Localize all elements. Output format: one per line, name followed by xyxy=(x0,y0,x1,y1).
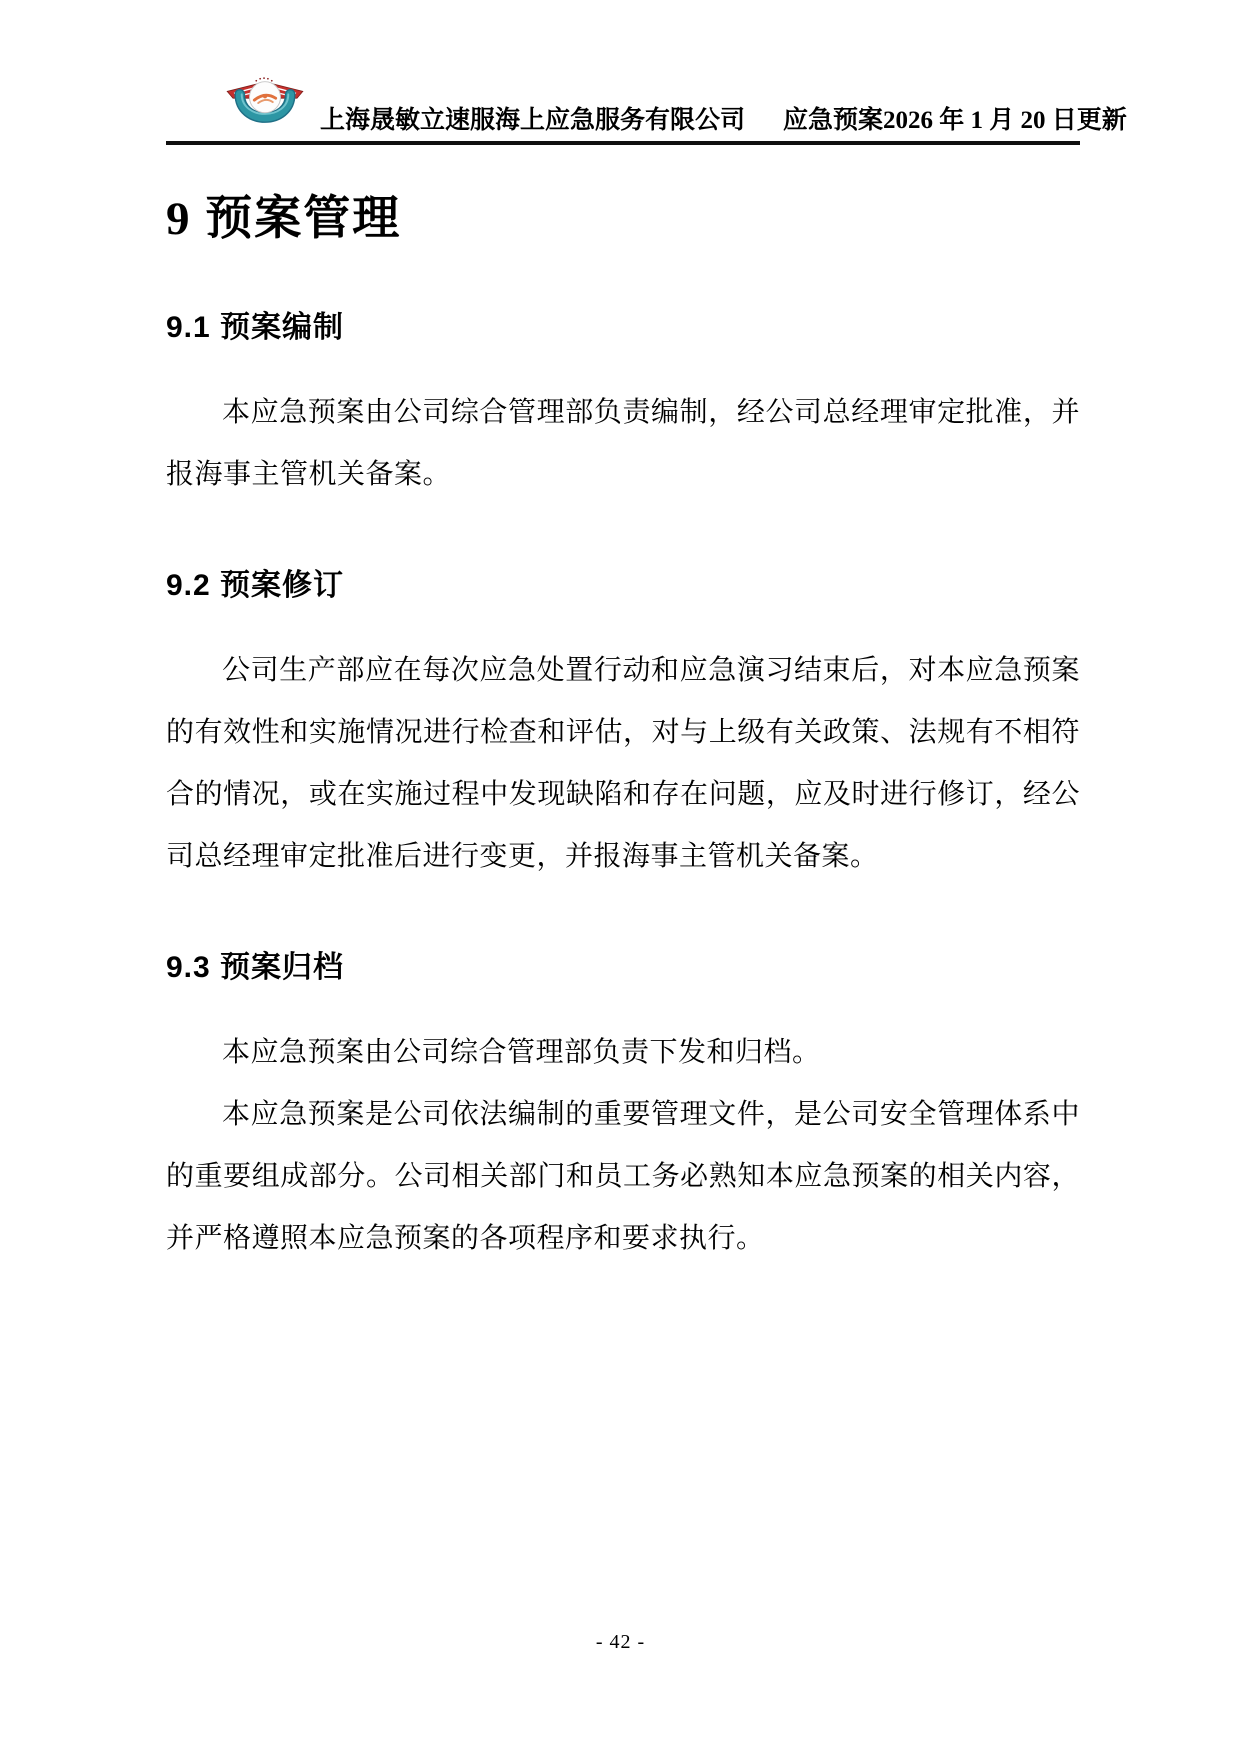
section-9-2: 9.2 预案修订 公司生产部应在每次应急处置行动和应急演习结束后，对本应急预案的… xyxy=(166,560,1080,888)
update-date: 2026 年 1 月 20 日更新 xyxy=(883,106,1127,136)
body-paragraph: 本应急预案由公司综合管理部负责下发和归档。 xyxy=(166,1022,1080,1084)
section-9-3: 9.3 预案归档 本应急预案由公司综合管理部负责下发和归档。 本应急预案是公司依… xyxy=(166,942,1080,1270)
section-heading-9-1: 9.1 预案编制 xyxy=(166,302,1080,346)
body-paragraph: 本应急预案由公司综合管理部负责编制，经公司总经理审定批准，并报海事主管机关备案。 xyxy=(166,382,1080,506)
page-header: 上海晟敏立速服海上应急服务有限公司 应急预案 2026 年 1 月 20 日更新 xyxy=(166,72,1080,145)
document-page: 上海晟敏立速服海上应急服务有限公司 应急预案 2026 年 1 月 20 日更新… xyxy=(0,0,1241,1754)
doc-type-label: 应急预案 xyxy=(783,106,883,136)
company-name: 上海晟敏立速服海上应急服务有限公司 xyxy=(320,106,745,136)
page-number: - 42 - xyxy=(0,1631,1241,1654)
page-title: 9 预案管理 xyxy=(166,181,1080,248)
section-heading-9-2: 9.2 预案修订 xyxy=(166,560,1080,604)
body-paragraph: 公司生产部应在每次应急处置行动和应急演习结束后，对本应急预案的有效性和实施情况进… xyxy=(166,640,1080,888)
body-paragraph: 本应急预案是公司依法编制的重要管理文件，是公司安全管理体系中的重要组成部分。公司… xyxy=(166,1084,1080,1270)
company-logo-icon xyxy=(224,72,306,136)
section-9-1: 9.1 预案编制 本应急预案由公司综合管理部负责编制，经公司总经理审定批准，并报… xyxy=(166,302,1080,506)
section-heading-9-3: 9.3 预案归档 xyxy=(166,942,1080,986)
